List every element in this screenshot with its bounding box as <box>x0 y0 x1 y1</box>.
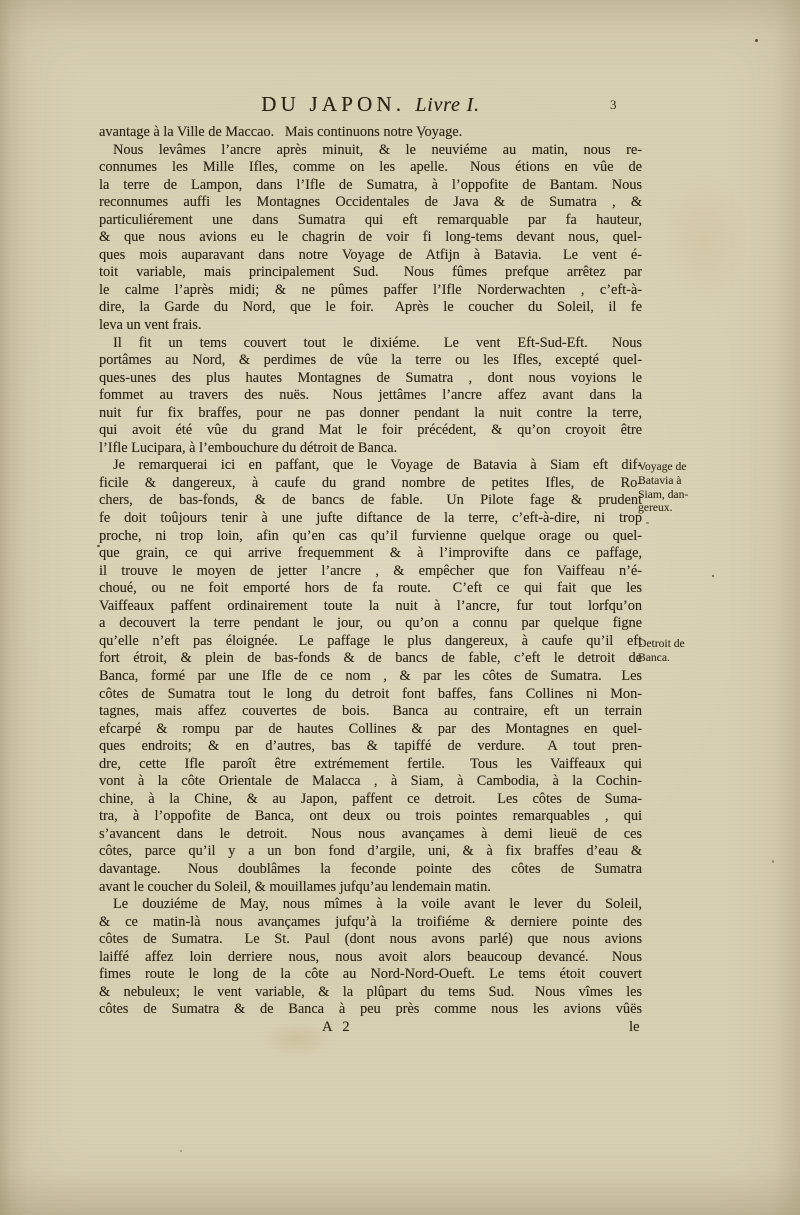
text-line: portâmes au Nord, & perdimes de vûe la t… <box>99 352 642 370</box>
margin-note-line: Batavia à <box>638 474 716 488</box>
text-line: qui avoit été vûe du grand Mat le foir p… <box>99 422 642 440</box>
text-line: chine, à la Chine, & au Japon, paffent c… <box>99 791 642 809</box>
book-page: DU JAPON.Livre I. 3 avantage à la Ville … <box>0 0 800 1215</box>
text-line: la terre de Lampon, dans l’Ifle de Sumat… <box>99 177 642 195</box>
margin-note-line: Voyage de <box>638 460 716 474</box>
paper-speck <box>712 575 714 577</box>
page-header: DU JAPON.Livre I. <box>99 92 642 117</box>
text-line: Vaiffeaux paffent ordinairement toute la… <box>99 598 642 616</box>
paper-speck <box>772 860 774 863</box>
paper-stain <box>660 170 750 310</box>
paper-speck <box>646 522 649 524</box>
text-line: côtes de Sumatra tout le long du detroit… <box>99 686 642 704</box>
text-line: a decouvert la terre pendant le jour, ou… <box>99 615 642 633</box>
text-line: que grain, ce qui arrive frequemment & à… <box>99 545 642 563</box>
margin-note-voyage: Voyage de Batavia à Siam, dan- gereux. <box>638 460 716 515</box>
text-line: il trouve le moyen de jetter l’ancre , &… <box>99 563 642 581</box>
text-line: nuit fur fix braffes, pour ne pas donner… <box>99 405 642 423</box>
text-line: s’avancent dans le detroit. Nous nous av… <box>99 826 642 844</box>
margin-note-detroit: Detroit de Banca. <box>638 637 716 665</box>
text-line: toit variable, mais principalement Sud. … <box>99 264 642 282</box>
text-line: avant le coucher du Soleil, & mouillames… <box>99 879 642 897</box>
text-line: ques mois auparavant dans notre Voyage d… <box>99 247 642 265</box>
signature-mark: A 2 <box>322 1019 350 1036</box>
text-line: proche, ni trop loin, afin qu’en cas qu’… <box>99 528 642 546</box>
text-line: Nous levâmes l’ancre après minuit, & le … <box>99 142 642 160</box>
book-part-title: Livre I. <box>415 94 480 116</box>
text-line: dre, cette Ifle paroît être extrémement … <box>99 756 642 774</box>
body-text: avantage à la Ville de Maccao. Mais cont… <box>99 124 642 1019</box>
text-line: leva un vent frais. <box>99 317 642 335</box>
text-line: choué, ou ne foit emporté hors de fa rou… <box>99 580 642 598</box>
text-line: dire, la Garde du Nord, que le foir. Apr… <box>99 299 642 317</box>
margin-note-line: Siam, dan- <box>638 488 716 502</box>
text-line: tagnes, mais affez couvertes de bois. Ba… <box>99 703 642 721</box>
text-line: fort étroit, & plein de bas-fonds & de b… <box>99 650 642 668</box>
running-title: DU JAPON. <box>261 92 405 116</box>
margin-note-line: Detroit de <box>638 637 716 651</box>
text-line: l’Ifle Lucipara, à l’embouchure du détro… <box>99 440 642 458</box>
text-line: qu’elle n’eft pas éloignée. Le paffage l… <box>99 633 642 651</box>
text-line: & nebuleux; le vent variable, & la plûpa… <box>99 984 642 1002</box>
text-line: laiffé affez loin derriere nous, nous av… <box>99 949 642 967</box>
page-number: 3 <box>610 97 617 113</box>
text-line: côtes de Sumatra & de Banca à peu près c… <box>99 1001 642 1019</box>
text-line: efcarpé & rompu par de hautes Collines &… <box>99 721 642 739</box>
text-line: côtes, parce qu’il y a un bon fond d’arg… <box>99 843 642 861</box>
catchword: le <box>629 1019 639 1036</box>
paper-speck <box>755 39 758 42</box>
text-line: vont à la côte Orientale de Malacca , à … <box>99 773 642 791</box>
text-line: Banca, formé par une Ifle de ce nom , & … <box>99 668 642 686</box>
text-line: ficile & dangereux, à caufe du grand nom… <box>99 475 642 493</box>
text-line: connumes les Mille Ifles, comme on les a… <box>99 159 642 177</box>
paper-speck <box>180 1150 182 1152</box>
text-line: reconnumes auffi les Montagnes Occidenta… <box>99 194 642 212</box>
text-line: Il fit un tems couvert tout le dixiéme. … <box>99 335 642 353</box>
text-line: côtes de Sumatra. Le St. Paul (dont nous… <box>99 931 642 949</box>
text-line: chers, de bas-fonds, & de bancs de fable… <box>99 492 642 510</box>
text-line: tra, à l’oppofite de Banca, ont deux ou … <box>99 808 642 826</box>
text-line: fe doit toûjours tenir à une jufte difta… <box>99 510 642 528</box>
text-line: particuliérement une dans Sumatra qui ef… <box>99 212 642 230</box>
text-line: ques endroits; & en d’autres, bas & tapi… <box>99 738 642 756</box>
text-line: fommet au travers des nuës. Nous jettâme… <box>99 387 642 405</box>
text-line: & que nous avions eu le chagrin de voir … <box>99 229 642 247</box>
text-line: Je remarquerai ici en paffant, que le Vo… <box>99 457 642 475</box>
text-line: Le douziéme de May, nous mîmes à la voil… <box>99 896 642 914</box>
text-line: le calme l’après midi; & ne pûmes paffer… <box>99 282 642 300</box>
text-line: ques-unes des plus hautes Montagnes de S… <box>99 370 642 388</box>
text-line: & ce matin-là nous avançames jufqu’à la … <box>99 914 642 932</box>
text-line: davantage. Nous doublâmes la feconde poi… <box>99 861 642 879</box>
margin-note-line: Banca. <box>638 651 716 665</box>
text-line: avantage à la Ville de Maccao. Mais cont… <box>99 124 642 142</box>
text-line: fimes route le long de la côte au Nord-N… <box>99 966 642 984</box>
margin-note-line: gereux. <box>638 501 716 515</box>
